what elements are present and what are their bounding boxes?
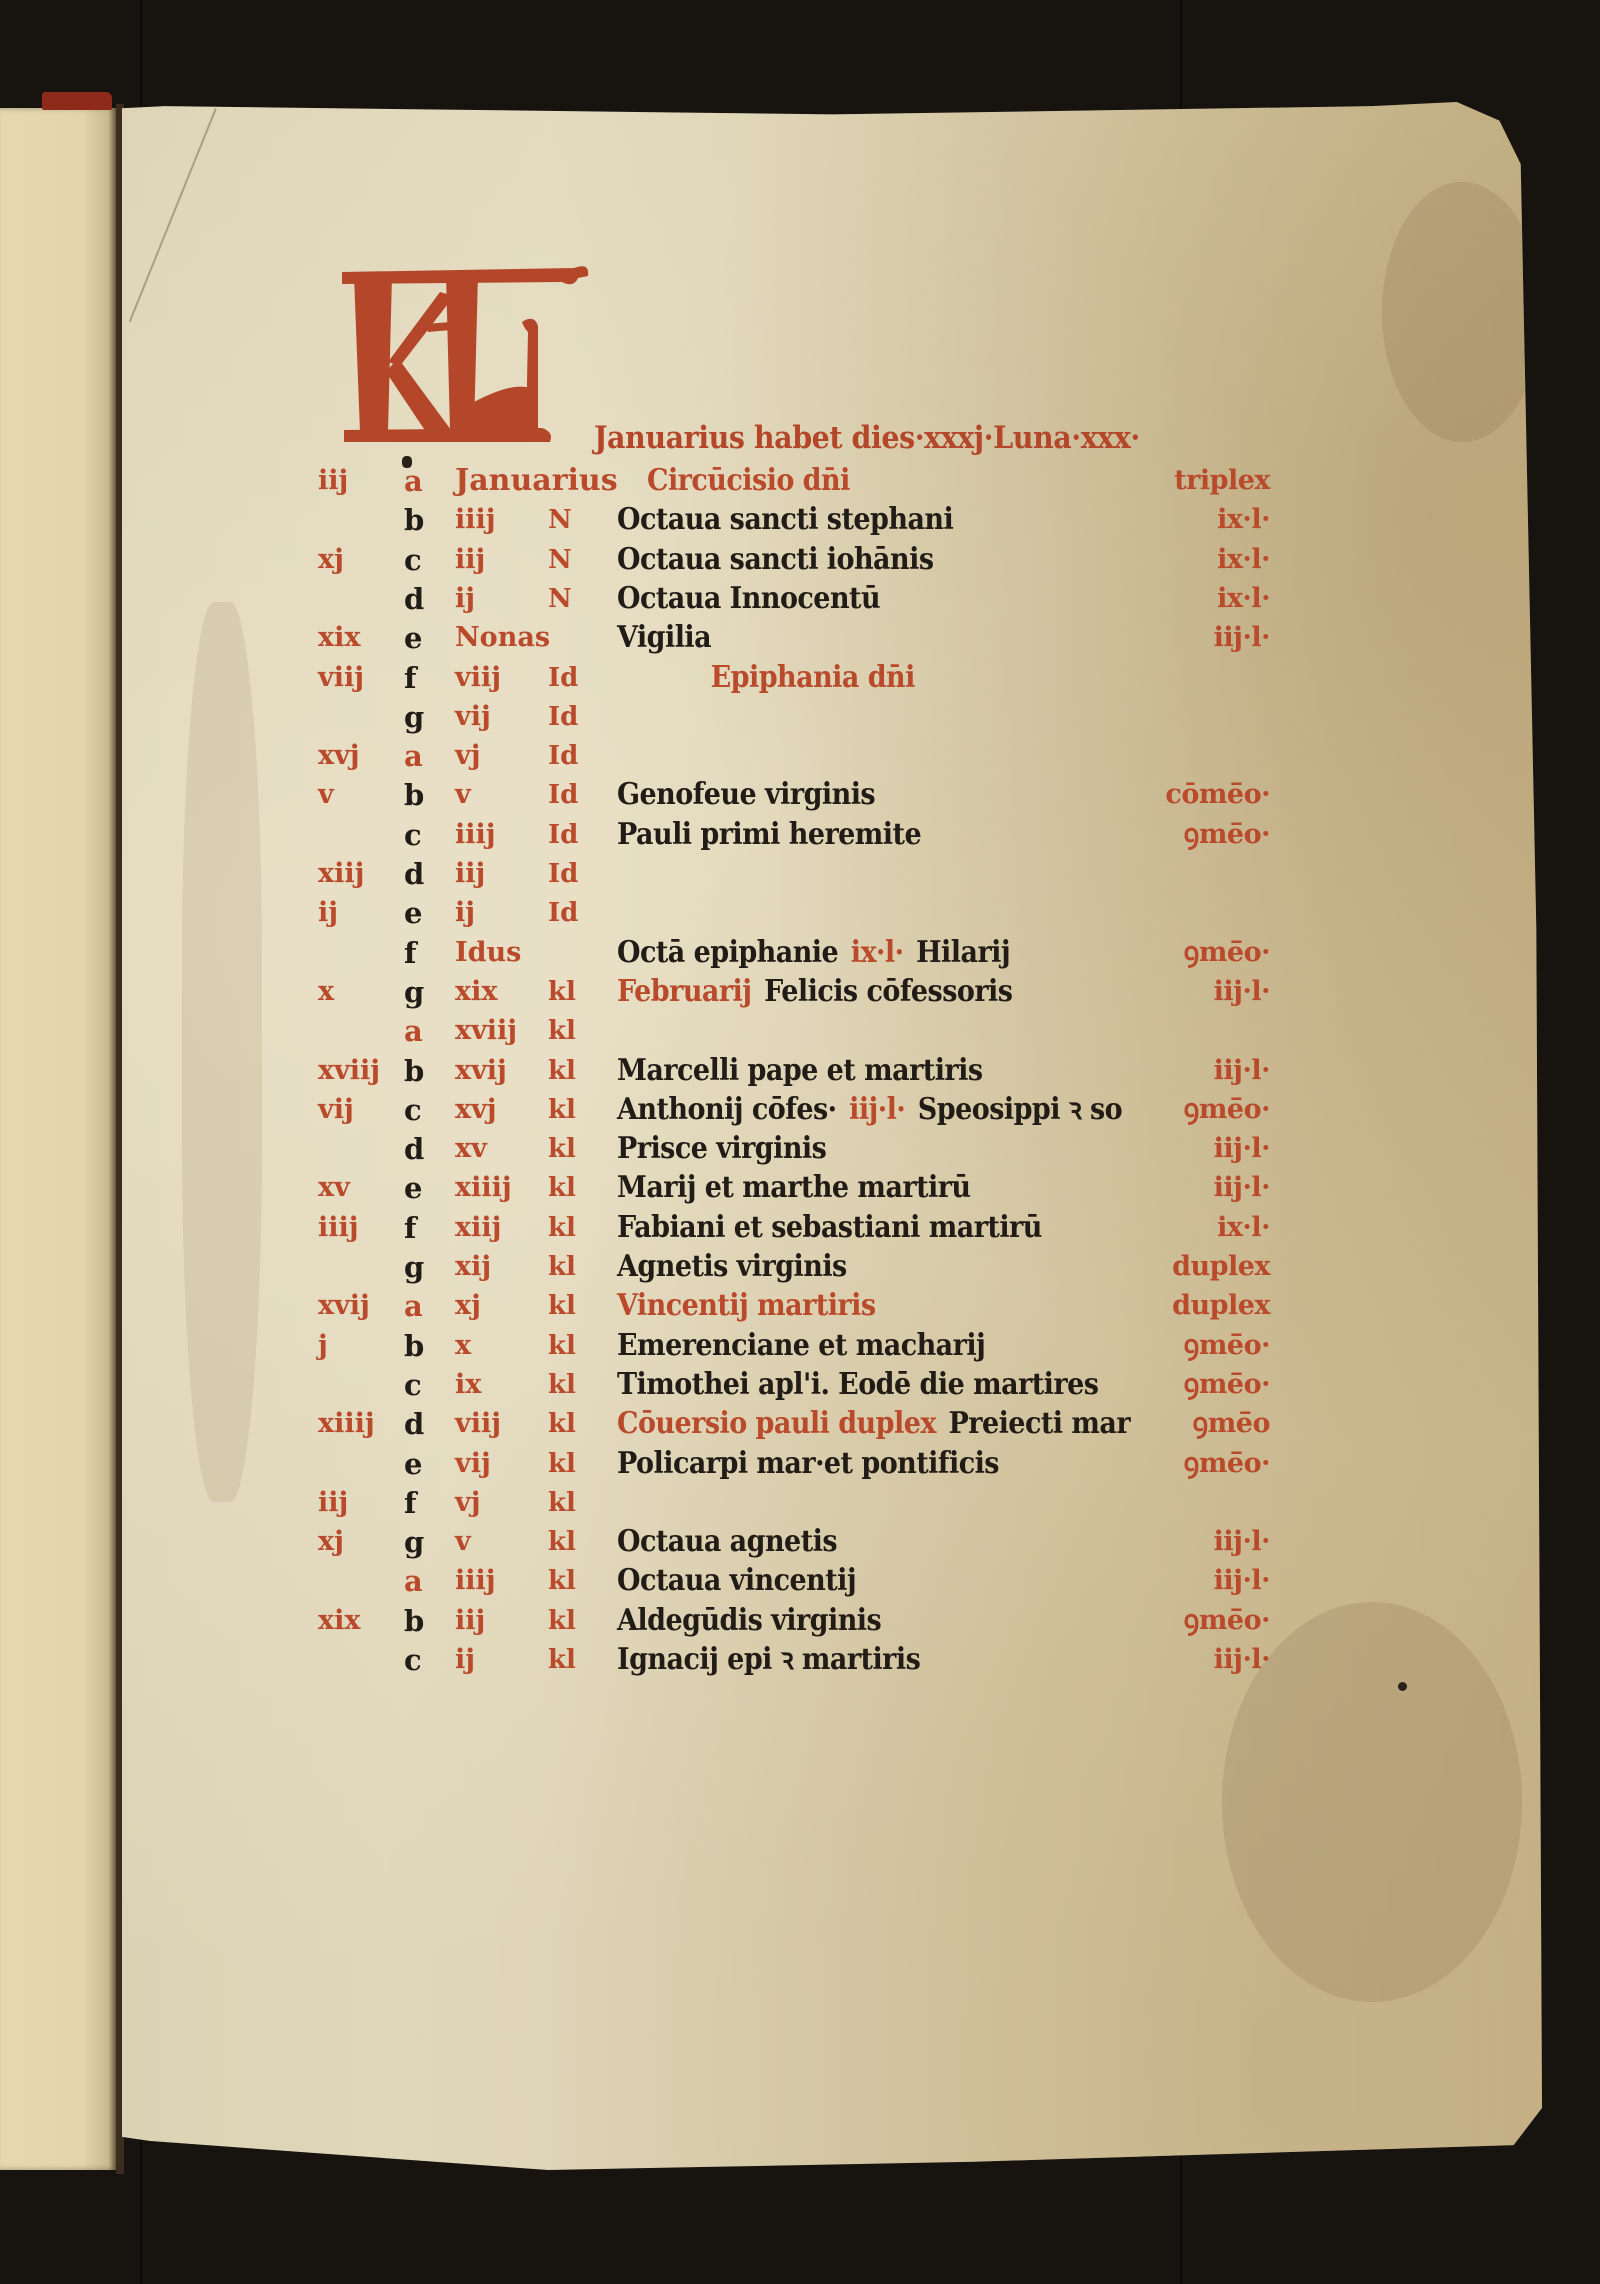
roman-day: xv: [455, 1130, 487, 1168]
dominical-letter: a: [404, 1012, 423, 1050]
kalends-marker: kl: [548, 1484, 576, 1522]
feast-rank: iij·l·: [1214, 1641, 1270, 1679]
calendar-row: ciiijIdPauli primi heremiteꝯmē̄o·: [0, 816, 1600, 854]
dominical-letter: b: [404, 501, 424, 539]
calendar-row: xixbiijklAldegūdis virginisꝯmē̄o·: [0, 1602, 1600, 1640]
feast-text: Vincentij martiris: [617, 1287, 888, 1325]
roman-day: iiij: [455, 816, 496, 854]
calendar-row: cijklIgnacij epi ꝛ martirisiij·l·: [0, 1641, 1600, 1679]
feast-name: Hilarij: [916, 935, 1010, 970]
feast-name: Ignacij epi ꝛ martiris: [617, 1642, 920, 1677]
kalends-marker: kl: [548, 1327, 576, 1365]
feast-text: FebruarijFelicis cōfessoris: [617, 973, 1025, 1011]
golden-number: xvj: [318, 737, 360, 775]
feast-text: Ignacij epi ꝛ martiris: [617, 1641, 933, 1679]
roman-day: ix: [455, 1366, 481, 1404]
golden-number: xj: [318, 541, 344, 579]
calendar-row: gxijklAgnetis virginisduplex: [0, 1248, 1600, 1286]
kalends-marker: kl: [548, 1405, 576, 1443]
feast-name: Octaua Innocentū: [617, 581, 880, 616]
calendar-row: viijfviijIdEpiphania dn̄i: [0, 659, 1600, 697]
kalends-marker: kl: [548, 1130, 576, 1168]
calendar-row: xgxixklFebruarijFelicis cōfessorisiij·l·: [0, 973, 1600, 1011]
feast-rank: ix·l·: [1217, 501, 1270, 539]
roman-day: iij: [455, 541, 485, 579]
feast-rank: iij·l·: [1214, 619, 1270, 657]
feast-name: Policarpi mar·et pontificis: [617, 1446, 999, 1481]
feast-name: Preiecti mar: [949, 1406, 1131, 1441]
feast-text: Octaua sancti iohānis: [617, 541, 946, 579]
month-header: Januarius habet dies·xxxj·Luna·xxx·: [594, 420, 1140, 456]
roman-day: ij: [455, 894, 475, 932]
golden-number: v: [318, 776, 334, 814]
kalends-marker: Id: [548, 737, 578, 775]
dominical-letter: g: [404, 1248, 424, 1286]
calendar-row: aiiijklOctaua vincentijiij·l·: [0, 1562, 1600, 1600]
golden-number: ij: [318, 894, 338, 932]
feast-text: Prisce virginis: [617, 1130, 839, 1168]
feast-name: Genofeue virginis: [617, 777, 875, 812]
feast-rank: ix·l·: [1217, 1209, 1270, 1247]
feast-text: Agnetis virginis: [617, 1248, 859, 1286]
golden-number: xix: [318, 1602, 360, 1640]
dominical-letter: b: [404, 1052, 424, 1090]
calendar-row: cixklTimothei apl'i. Eodē die martiresꝯm…: [0, 1366, 1600, 1404]
roman-day: iij: [455, 1602, 485, 1640]
feast-text: Octā epiphanieix·l·Hilarij: [617, 934, 1023, 972]
calendar-row: iijfvjkl: [0, 1484, 1600, 1522]
dominical-letter: f: [404, 1484, 416, 1522]
golden-number: xvij: [318, 1287, 370, 1325]
feast-name: Marcelli pape et martiris: [617, 1053, 982, 1088]
calendar-row: iiijfxiijklFabiani et sebastiani martirū…: [0, 1209, 1600, 1247]
kalends-marker: Id: [548, 698, 578, 736]
feast-text: Anthonij cōfes·iij·l·Speosippi ꝛ so: [617, 1091, 1135, 1129]
dominical-letter: d: [404, 1130, 424, 1168]
stain: [1382, 182, 1542, 442]
roman-day: Idus: [455, 934, 521, 972]
calendar-row: xvjavjId: [0, 737, 1600, 775]
feast-text: Vigilia: [617, 619, 724, 657]
feast-rubric: Februarij: [617, 974, 751, 1009]
roman-day: xj: [455, 1287, 481, 1325]
roman-day: iiij: [455, 1562, 496, 1600]
kalends-marker: kl: [548, 1445, 576, 1483]
dominical-letter: a: [404, 1287, 423, 1325]
roman-day: xiiij: [455, 1169, 512, 1207]
dominical-letter: c: [404, 541, 422, 579]
roman-day: xix: [455, 973, 497, 1011]
feast-name: Timothei apl'i. Eodē die martires: [617, 1367, 1098, 1402]
calendar-row: axviijkl: [0, 1012, 1600, 1050]
kalends-marker: kl: [548, 1248, 576, 1286]
feast-rank: iij·l·: [1214, 1523, 1270, 1561]
dominical-letter: g: [404, 973, 424, 1011]
feast-name: Octaua agnetis: [617, 1524, 837, 1559]
kalends-marker: Id: [548, 776, 578, 814]
golden-number: iij: [318, 1484, 348, 1522]
feast-name: Prisce virginis: [617, 1131, 826, 1166]
calendar-row: iijaJanuariusCircūcisio dn̄itriplex: [0, 462, 1600, 500]
roman-day: x: [455, 1327, 471, 1365]
dominical-letter: e: [404, 1169, 422, 1207]
feast-rank: duplex: [1172, 1248, 1270, 1286]
calendar-row: xiiijdviijklCōuersio pauli duplexPreiect…: [0, 1405, 1600, 1443]
kalends-marker: kl: [548, 1091, 576, 1129]
feast-text: Octaua vincentij: [617, 1562, 869, 1600]
feast-rank: ꝯmē̄o·: [1183, 1366, 1270, 1404]
calendar-row: jbxklEmerenciane et macharijꝯmē̄o·: [0, 1327, 1600, 1365]
feast-rank: iij·l·: [1214, 1169, 1270, 1207]
dominical-letter: c: [404, 816, 422, 854]
calendar-row: xjgvklOctaua agnetisiij·l·: [0, 1523, 1600, 1561]
roman-day: v: [455, 776, 471, 814]
kalends-marker: Id: [548, 894, 578, 932]
dominical-letter: b: [404, 776, 424, 814]
feast-rank: ꝯmē̄o: [1192, 1405, 1270, 1443]
feast-name: Emerenciane et macharij: [617, 1328, 985, 1363]
calendar-row: vbvIdGenofeue virginiscōmē̄o·: [0, 776, 1600, 814]
calendar-row: biiijNOctaua sancti stephaniix·l·: [0, 501, 1600, 539]
roman-day: xviij: [455, 1012, 517, 1050]
feast-rubric: Cōuersio pauli duplex: [617, 1406, 936, 1441]
feast-name: Aldegūdis virginis: [617, 1603, 881, 1638]
dominical-letter: c: [404, 1641, 422, 1679]
calendar-row: evijklPolicarpi mar·et pontificisꝯmē̄o·: [0, 1445, 1600, 1483]
calendar-row: xjciijNOctaua sancti iohānisix·l·: [0, 541, 1600, 579]
feast-name: Octaua sancti iohānis: [617, 542, 933, 577]
golden-number: iiij: [318, 1209, 359, 1247]
kalends-marker: kl: [548, 1641, 576, 1679]
feast-text: Epiphania dn̄i: [617, 659, 927, 697]
calendar-row: xvijaxjklVincentij martirisduplex: [0, 1287, 1600, 1325]
feast-text: Pauli primi heremite: [617, 816, 934, 854]
dominical-letter: c: [404, 1091, 422, 1129]
kalends-marker: Id: [548, 816, 578, 854]
feast-rank: iij·l·: [1214, 973, 1270, 1011]
calendar-row: vijcxvjklAnthonij cōfes·iij·l·Speosippi …: [0, 1091, 1600, 1129]
feast-rank: ꝯmē̄o·: [1183, 1602, 1270, 1640]
calendar-row: gvijId: [0, 698, 1600, 736]
calendar-row: dxvklPrisce virginisiij·l·: [0, 1130, 1600, 1168]
roman-day: vj: [455, 1484, 480, 1522]
decorated-initial-KL: KL: [342, 262, 590, 446]
feast-rubric: Epiphania dn̄i: [711, 660, 915, 695]
feast-text: Marij et marthe martirū: [617, 1169, 983, 1207]
calendar-row: xvexiiijklMarij et marthe martirūiij·l·: [0, 1169, 1600, 1207]
dominical-letter: b: [404, 1602, 424, 1640]
feast-rank: ix·l·: [1217, 580, 1270, 618]
roman-day: vij: [455, 698, 491, 736]
feast-text: Policarpi mar·et pontificis: [617, 1445, 1012, 1483]
kalends-marker: kl: [548, 1052, 576, 1090]
roman-day: vij: [455, 1445, 491, 1483]
kalends-marker: kl: [548, 1562, 576, 1600]
feast-rubric: ix·l·: [851, 935, 904, 970]
golden-number: xv: [318, 1169, 350, 1207]
dominical-letter: e: [404, 894, 422, 932]
feast-rank: ix·l·: [1217, 541, 1270, 579]
roman-day: iij: [455, 855, 485, 893]
feast-rank: iij·l·: [1214, 1562, 1270, 1600]
feast-name: Vigilia: [617, 620, 711, 655]
dominical-letter: a: [404, 737, 423, 775]
feast-name: Fabiani et sebastiani martirū: [617, 1210, 1042, 1245]
kalends-marker: Id: [548, 659, 578, 697]
feast-text: Aldegūdis virginis: [617, 1602, 894, 1640]
golden-number: xiiij: [318, 1405, 375, 1443]
roman-day: iiij: [455, 501, 496, 539]
roman-day: xvij: [455, 1052, 507, 1090]
feast-name: Speosippi ꝛ so: [918, 1092, 1122, 1127]
kalends-marker: kl: [548, 1169, 576, 1207]
kalends-marker: kl: [548, 1287, 576, 1325]
feast-name: Marij et marthe martirū: [617, 1170, 971, 1205]
kalends-marker: N: [548, 580, 572, 618]
feast-text: Genofeue virginis: [617, 776, 888, 814]
dominical-letter: g: [404, 1523, 424, 1561]
kalends-marker: kl: [548, 1523, 576, 1561]
feast-rank: duplex: [1172, 1287, 1270, 1325]
golden-number: vij: [318, 1091, 354, 1129]
feast-rubric: Circūcisio dn̄i: [647, 463, 850, 498]
feast-name: Pauli primi heremite: [617, 817, 921, 852]
roman-day: Nonas: [455, 619, 550, 657]
kalends-marker: kl: [548, 973, 576, 1011]
roman-day: vj: [455, 737, 480, 775]
red-page-marker: [42, 92, 112, 110]
feast-text: Octaua Innocentū: [617, 580, 893, 618]
feast-text: Fabiani et sebastiani martirū: [617, 1209, 1054, 1247]
dominical-letter: e: [404, 619, 422, 657]
roman-day: xij: [455, 1248, 491, 1286]
calendar-row: xiijdiijId: [0, 855, 1600, 893]
feast-name: Octā epiphanie: [617, 935, 838, 970]
feast-rank: iij·l·: [1214, 1130, 1270, 1168]
feast-rank: triplex: [1174, 462, 1270, 500]
feast-text: Octaua sancti stephani: [617, 501, 966, 539]
calendar-row: ijeijId: [0, 894, 1600, 932]
kalends-marker: Id: [548, 855, 578, 893]
ink-speck: [1398, 1682, 1407, 1691]
roman-day: v: [455, 1523, 471, 1561]
dominical-letter: d: [404, 580, 424, 618]
roman-day: viij: [455, 1405, 501, 1443]
calendar-row: xixeNonasVigiliaiij·l·: [0, 619, 1600, 657]
dominical-letter: f: [404, 934, 416, 972]
dominical-letter: a: [404, 462, 423, 500]
dominical-letter: c: [404, 1366, 422, 1404]
dominical-letter: d: [404, 1405, 424, 1443]
kalends-marker: kl: [548, 1602, 576, 1640]
feast-rank: cōmē̄o·: [1165, 776, 1270, 814]
golden-number: x: [318, 973, 334, 1011]
feast-rank: ꝯmē̄o·: [1183, 934, 1270, 972]
feast-text: Timothei apl'i. Eodē die martires: [617, 1366, 1111, 1404]
roman-day: xiij: [455, 1209, 501, 1247]
kalends-marker: kl: [548, 1209, 576, 1247]
dominical-letter: a: [404, 1562, 423, 1600]
feast-rank: iij·l·: [1214, 1052, 1270, 1090]
dominical-letter: f: [404, 1209, 416, 1247]
calendar-row: dijNOctaua Innocentūix·l·: [0, 580, 1600, 618]
calendar-row: xviijbxvijklMarcelli pape et martirisiij…: [0, 1052, 1600, 1090]
dominical-letter: f: [404, 659, 416, 697]
golden-number: xviij: [318, 1052, 380, 1090]
feast-name: Felicis cōfessoris: [764, 974, 1012, 1009]
kalends-marker: kl: [548, 1012, 576, 1050]
feast-rubric: iij·l·: [849, 1092, 905, 1127]
dominical-letter: b: [404, 1327, 424, 1365]
golden-number: xiij: [318, 855, 364, 893]
feast-name: Agnetis virginis: [617, 1249, 847, 1284]
roman-day: ij: [455, 1641, 475, 1679]
feast-name: Anthonij cōfes·: [617, 1092, 837, 1127]
roman-day: viij: [455, 659, 501, 697]
feast-text: Circūcisio dn̄i: [647, 462, 862, 500]
golden-number: iij: [318, 462, 348, 500]
feast-rank: ꝯmē̄o·: [1183, 1327, 1270, 1365]
kalends-marker: N: [548, 501, 572, 539]
golden-number: xix: [318, 619, 360, 657]
feast-rubric: Vincentij martiris: [617, 1288, 875, 1323]
feast-name: Octaua sancti stephani: [617, 502, 953, 537]
feast-rank: ꝯmē̄o·: [1183, 1091, 1270, 1129]
feast-name: Octaua vincentij: [617, 1563, 856, 1598]
roman-day: xvj: [455, 1091, 497, 1129]
feast-rank: ꝯmē̄o·: [1183, 816, 1270, 854]
dominical-letter: e: [404, 1445, 422, 1483]
feast-text: Marcelli pape et martiris: [617, 1052, 995, 1090]
feast-text: Emerenciane et macharij: [617, 1327, 998, 1365]
roman-day: ij: [455, 580, 475, 618]
feast-rank: ꝯmē̄o·: [1183, 1445, 1270, 1483]
calendar-row: fIdusOctā epiphanieix·l·Hilarijꝯmē̄o·: [0, 934, 1600, 972]
kalends-marker: kl: [548, 1366, 576, 1404]
golden-number: viij: [318, 659, 364, 697]
feast-text: Octaua agnetis: [617, 1523, 850, 1561]
dominical-letter: d: [404, 855, 424, 893]
kalends-marker: N: [548, 541, 572, 579]
roman-day: Januarius: [455, 462, 618, 500]
dominical-letter: g: [404, 698, 424, 736]
golden-number: j: [318, 1327, 328, 1365]
golden-number: xj: [318, 1523, 344, 1561]
feast-text: Cōuersio pauli duplexPreiecti mar: [617, 1405, 1143, 1443]
